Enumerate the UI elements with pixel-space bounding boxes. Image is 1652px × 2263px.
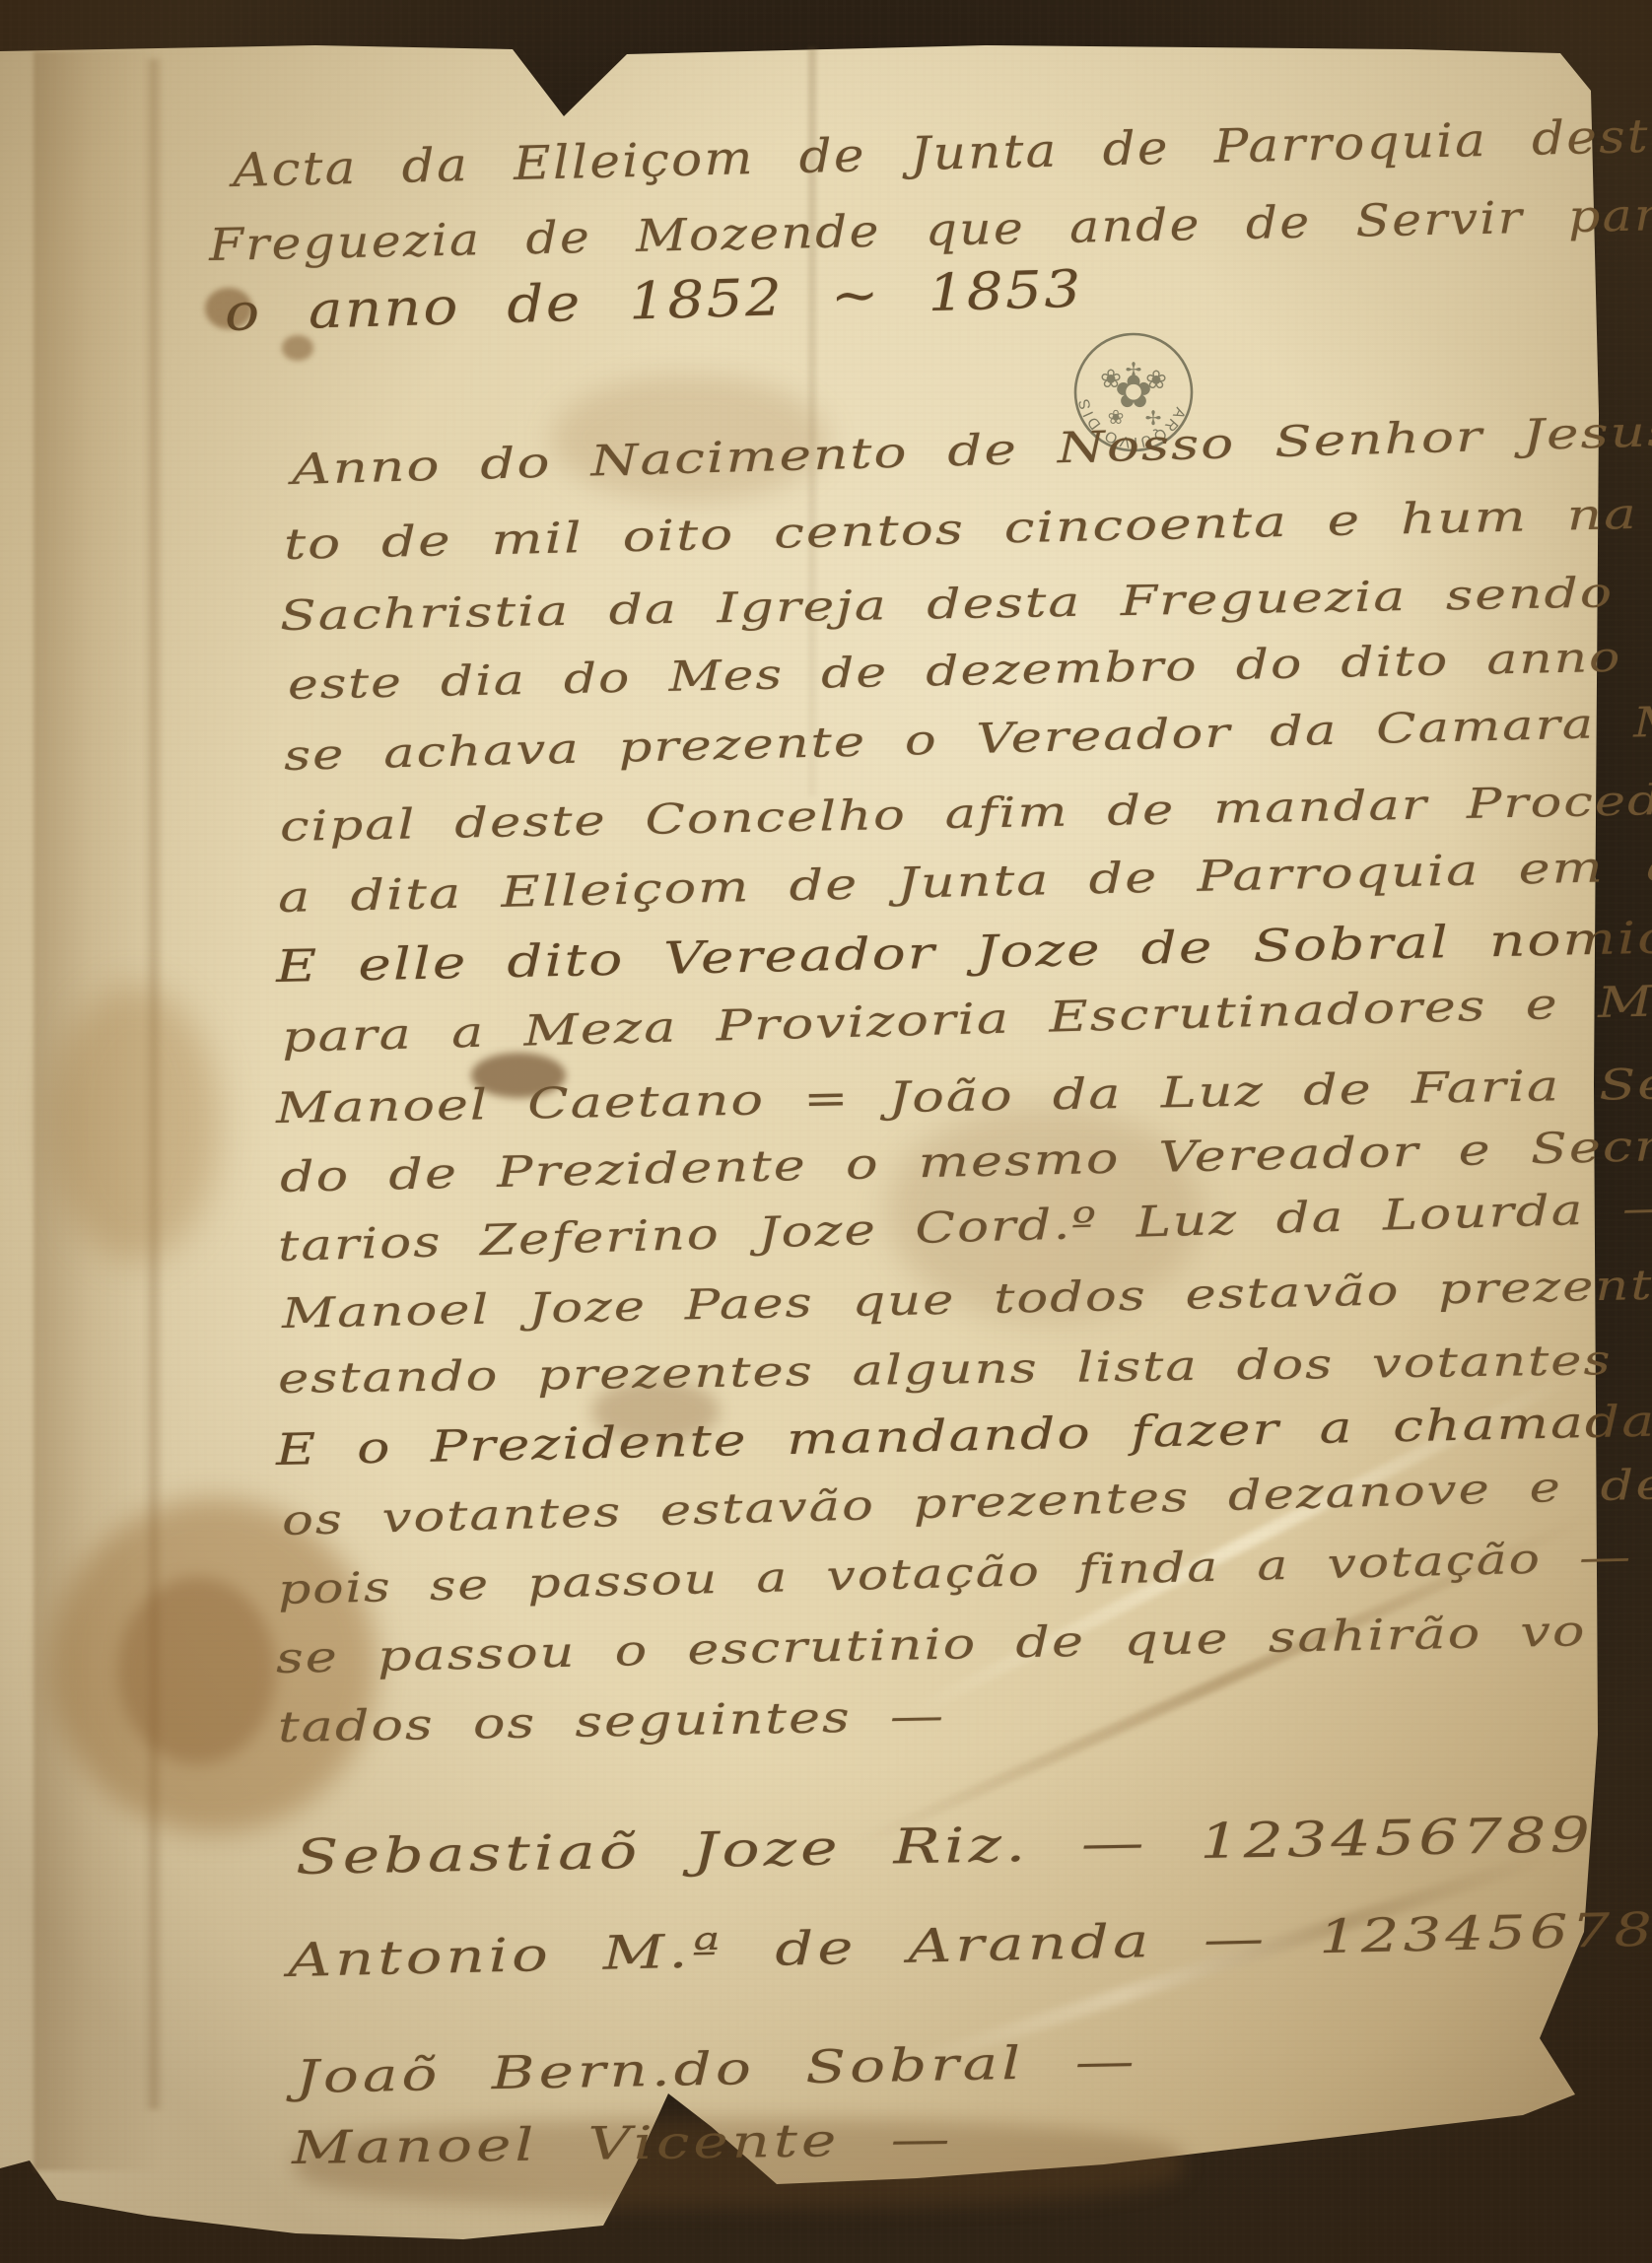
svg-text:❀: ❀: [1100, 365, 1122, 394]
result-line-4: Manoel Vicente —: [292, 2112, 954, 2174]
svg-text:❀: ❀: [1145, 366, 1167, 395]
scan-background: ARQUIVO DISTRITAL DE VISEU ✿ ❀ ❀ ✢ ❀ ✢ A…: [0, 0, 1652, 2263]
svg-text:✢: ✢: [1126, 358, 1142, 381]
stamp-emblem-icon: ✿ ❀ ❀ ✢ ❀ ✢: [1100, 358, 1167, 430]
